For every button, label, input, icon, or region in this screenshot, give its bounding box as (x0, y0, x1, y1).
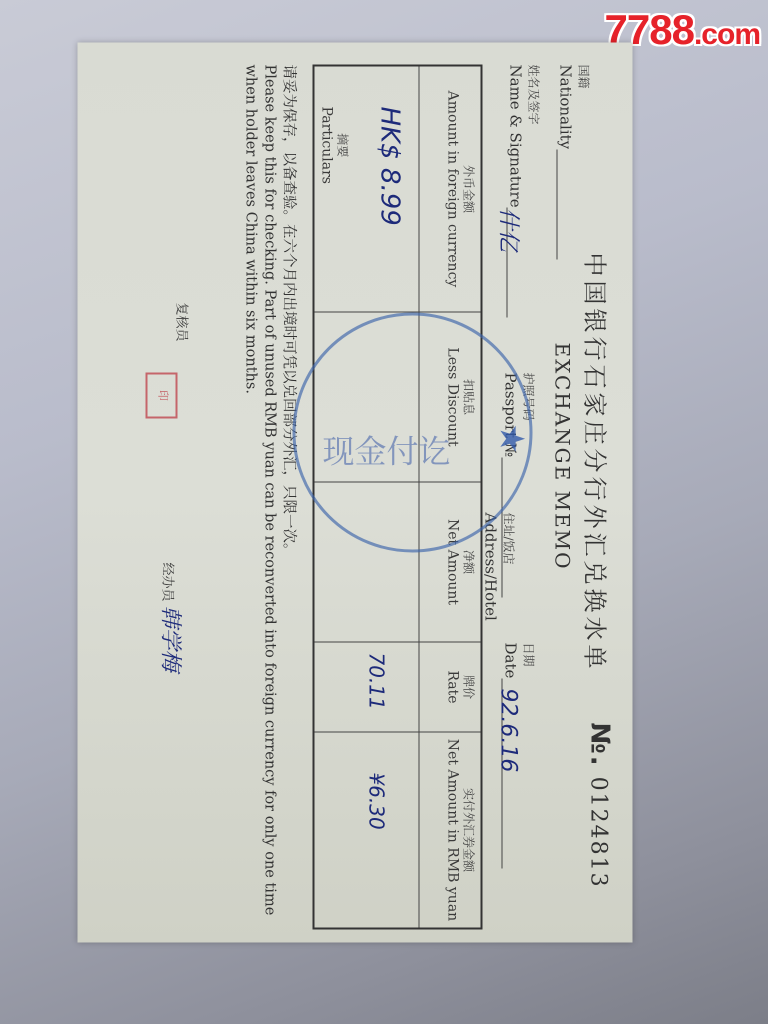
stamp-text: 现金付讫 (322, 427, 450, 473)
date-label-cn: 日期 (521, 643, 538, 869)
cell-rate: 70.11 (315, 643, 419, 732)
name-label-cn: 姓名及签字 (526, 65, 543, 318)
header-amount-foreign: 外币金额 Amount in foreign currency (419, 67, 481, 312)
blue-bank-stamp: ★ 现金付讫 (293, 313, 533, 553)
header-en: Rate (445, 670, 461, 703)
memo-notes: 请妥为保存，以备查验。在六个月内出境时可凭以兑回部分外汇，只限一次。 Pleas… (241, 65, 298, 925)
notes-en: Please keep this for checking. Part of u… (241, 65, 279, 925)
name-value: 什亿 (496, 208, 521, 252)
name-label: Name & Signature (507, 65, 525, 208)
nationality-label-cn: 国籍 (576, 65, 593, 260)
star-icon: ★ (492, 424, 532, 454)
number-value: 0124813 (586, 777, 611, 889)
header-en: Amount in foreign currency (445, 91, 461, 288)
cell-amount-foreign: HK$ 8.99 摘要 Particulars (315, 67, 419, 312)
cell-rmb-amount: ¥6.30 (315, 733, 419, 928)
col-amount-foreign: 外币金额 Amount in foreign currency HK$ 8.99… (315, 67, 481, 312)
reviewer-label: 复核员 (174, 303, 193, 342)
memo-title-cn: 中国银行石家庄分行外汇兑换水单 (580, 253, 615, 673)
date-label: Date (502, 643, 520, 679)
header-cn: 外币金额 (461, 67, 477, 312)
handler-signature: 韩学梅 (158, 606, 183, 672)
rmb-amount-value: ¥6.30 (365, 773, 389, 830)
name-field: 姓名及签字 Name & Signature什亿 (507, 65, 543, 318)
red-seal-stamp: 印 (146, 373, 178, 419)
col-rate: 牌价 Rate 70.11 (315, 642, 481, 732)
header-rate: 牌价 Rate (419, 643, 481, 732)
date-value: 92.6.16 (496, 678, 521, 772)
particulars-en: Particulars (319, 107, 335, 185)
header-cn: 牌价 (461, 643, 477, 732)
date-field: 日期 Date92.6.16 (502, 643, 538, 869)
exchange-memo-document: 中国银行石家庄分行外汇兑换水单 EXCHANGE MEMO №. 0124813… (78, 43, 633, 943)
notes-cn: 请妥为保存，以备查验。在六个月内出境时可凭以兑回部分外汇，只限一次。 (279, 65, 298, 925)
header-rmb-amount: 实付外汇券金额 Net Amount in RMB yuan (419, 733, 481, 928)
handler-label: 经办员 (160, 563, 175, 602)
header-cn: 实付外汇券金额 (461, 733, 477, 928)
amount-foreign-value: HK$ 8.99 (375, 107, 405, 226)
memo-title-en: EXCHANGE MEMO (551, 343, 575, 571)
handler-field: 经办员 韩学梅 (157, 563, 188, 672)
memo-number: №. 0124813 (585, 723, 615, 889)
number-prefix: №. (585, 723, 615, 768)
particulars-cn: 摘要 (335, 107, 352, 185)
rate-value: 70.11 (365, 653, 389, 710)
header-en: Net Amount in RMB yuan (445, 739, 461, 921)
particulars-label: 摘要 Particulars (319, 107, 352, 185)
address-label: Address/Hotel (482, 513, 500, 621)
watermark-suffix: .com (694, 18, 760, 51)
col-rmb-amount: 实付外汇券金额 Net Amount in RMB yuan ¥6.30 (315, 732, 481, 928)
nationality-label: Nationality (557, 65, 575, 150)
nationality-field: 国籍 Nationality (557, 65, 593, 260)
